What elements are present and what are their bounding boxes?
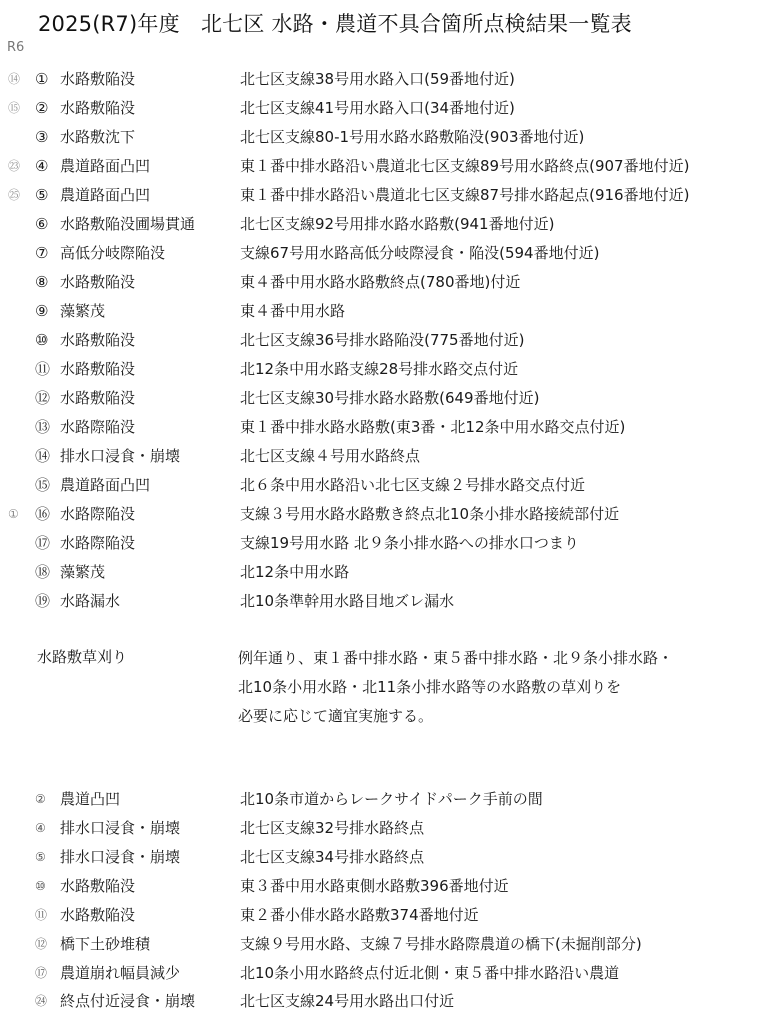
item-name: 水路敷陥没 (60, 66, 135, 92)
list-item: ⑤ 排水口浸食・崩壊 北七区支線34号排水路終点 (0, 844, 763, 870)
item-number: ⑰ (35, 530, 50, 556)
prev-year-label: R6 (7, 40, 24, 55)
item-location: 支線19号用水路 北９条小排水路への排水口つまり (240, 530, 579, 556)
list-item: ⑮ 農道路面凸凹 北６条中用水路沿い北七区支線２号排水路交点付近 (0, 472, 763, 498)
list-item: ⑮ ② 水路敷陥没 北七区支線41号用水路入口(34番地付近) (0, 95, 763, 121)
item-location: 北七区支線30号排水路水路敷(649番地付近) (240, 385, 539, 411)
item-name: 農道崩れ幅員減少 (60, 960, 180, 986)
item-name: 水路漏水 (60, 588, 120, 614)
item-name: 水路敷陥没 (60, 327, 135, 353)
list-item: ⑰ 水路際陥没 支線19号用水路 北９条小排水路への排水口つまり (0, 530, 763, 556)
list-item: ⑫ 水路敷陥没 北七区支線30号排水路水路敷(649番地付近) (0, 385, 763, 411)
document-title: 2025(R7)年度 北七区 水路・農道不具合箇所点検結果一覧表 (38, 8, 632, 38)
list-item: ⑥ 水路敷陥没圃場貫通 北七区支線92号用排水路水路敷(941番地付近) (0, 211, 763, 237)
item-location: 支線９号用水路、支線７号排水路際農道の橋下(未掘削部分) (240, 931, 642, 957)
item-number: ⑰ (35, 960, 47, 986)
list-item: ⑲ 水路漏水 北10条準幹用水路目地ズレ漏水 (0, 588, 763, 614)
item-number: ⑯ (35, 501, 50, 527)
item-name: 排水口浸食・崩壊 (60, 815, 180, 841)
item-name: 藻繁茂 (60, 298, 105, 324)
item-location: 北６条中用水路沿い北七区支線２号排水路交点付近 (240, 472, 585, 498)
item-location: 東４番中用水路 (240, 298, 345, 324)
item-name: 農道凸凹 (60, 786, 120, 812)
prev-year-number: ⑮ (8, 95, 20, 121)
list-item: ④ 排水口浸食・崩壊 北七区支線32号排水路終点 (0, 815, 763, 841)
list-item: ⑬ 水路際陥没 東１番中排水路水路敷(東3番・北12条中用水路交点付近) (0, 414, 763, 440)
list-item: ② 農道凸凹 北10条市道からレークサイドパーク手前の間 (0, 786, 763, 812)
mowing-label: 水路敷草刈り (37, 644, 127, 670)
list-item: ⑫ 橋下土砂堆積 支線９号用水路、支線７号排水路際農道の橋下(未掘削部分) (0, 931, 763, 957)
item-location: 東１番中排水路沿い農道北七区支線89号用水路終点(907番地付近) (240, 153, 689, 179)
item-location: 北七区支線34号排水路終点 (240, 844, 424, 870)
list-item: ⑰ 農道崩れ幅員減少 北10条小用水路終点付近北側・東５番中排水路沿い農道 (0, 960, 763, 986)
item-number: ④ (35, 815, 46, 841)
list-item: ⑪ 水路敷陥没 東２番小俳水路水路敷374番地付近 (0, 902, 763, 928)
item-name: 農道路面凸凹 (60, 153, 150, 179)
item-name: 排水口浸食・崩壊 (60, 844, 180, 870)
item-number: ㉔ (35, 988, 47, 1013)
item-location: 北10条小用水路終点付近北側・東５番中排水路沿い農道 (240, 960, 619, 986)
item-number: ⑱ (35, 559, 50, 585)
prev-year-number: ⑭ (8, 66, 20, 92)
item-name: 農道路面凸凹 (60, 472, 150, 498)
prev-year-number: ㉕ (8, 182, 20, 208)
mowing-line: 北10条小用水路・北11条小排水路等の水路敷の草刈りを (238, 673, 673, 702)
item-location: 北10条市道からレークサイドパーク手前の間 (240, 786, 543, 812)
item-location: 北10条準幹用水路目地ズレ漏水 (240, 588, 454, 614)
mowing-description: 例年通り、東１番中排水路・東５番中排水路・北９条小排水路・ 北10条小用水路・北… (238, 644, 673, 731)
item-number: ⑥ (35, 211, 48, 237)
list-item: ㉕ ⑤ 農道路面凸凹 東１番中排水路沿い農道北七区支線87号排水路起点(916番… (0, 182, 763, 208)
item-number: ⑫ (35, 385, 50, 411)
item-name: 水路敷陥没 (60, 269, 135, 295)
list-item: ⑭ ① 水路敷陥没 北七区支線38号用水路入口(59番地付近) (0, 66, 763, 92)
item-location: 北七区支線38号用水路入口(59番地付近) (240, 66, 515, 92)
item-name: 水路敷陥没 (60, 95, 135, 121)
item-name: 水路敷陥没圃場貫通 (60, 211, 195, 237)
item-number: ⑪ (35, 356, 50, 382)
item-location: 東２番小俳水路水路敷374番地付近 (240, 902, 479, 928)
item-name: 藻繁茂 (60, 559, 105, 585)
item-location: 東３番中用水路東側水路敷396番地付近 (240, 873, 509, 899)
item-number: ② (35, 786, 46, 812)
list-item: ⑭ 排水口浸食・崩壊 北七区支線４号用水路終点 (0, 443, 763, 469)
item-name: 高低分岐際陥没 (60, 240, 165, 266)
item-name: 水路敷陥没 (60, 385, 135, 411)
item-name: 水路際陥没 (60, 414, 135, 440)
item-number: ⑩ (35, 873, 46, 899)
item-number: ⑨ (35, 298, 48, 324)
item-name: 水路敷陥没 (60, 873, 135, 899)
list-item: ⑱ 藻繁茂 北12条中用水路 (0, 559, 763, 585)
mowing-line: 例年通り、東１番中排水路・東５番中排水路・北９条小排水路・ (238, 644, 673, 673)
item-number: ④ (35, 153, 48, 179)
list-item: ③ 水路敷沈下 北七区支線80-1号用水路水路敷陥没(903番地付近) (0, 124, 763, 150)
item-number: ⑲ (35, 588, 50, 614)
item-number: ⑪ (35, 902, 47, 928)
item-number: ① (35, 66, 48, 92)
item-name: 排水口浸食・崩壊 (60, 443, 180, 469)
item-name: 水路敷沈下 (60, 124, 135, 150)
item-name: 終点付近浸食・崩壊 (60, 988, 195, 1013)
item-name: 橋下土砂堆積 (60, 931, 150, 957)
item-location: 支線３号用水路水路敷き終点北10条小排水路接続部付近 (240, 501, 619, 527)
item-location: 支線67号用水路高低分岐際浸食・陥没(594番地付近) (240, 240, 599, 266)
item-location: 北12条中用水路 (240, 559, 349, 585)
item-location: 北七区支線24号用水路出口付近 (240, 988, 454, 1013)
item-location: 北七区支線92号用排水路水路敷(941番地付近) (240, 211, 554, 237)
item-name: 水路際陥没 (60, 501, 135, 527)
item-number: ⑩ (35, 327, 48, 353)
item-number: ⑮ (35, 472, 50, 498)
item-name: 水路敷陥没 (60, 356, 135, 382)
item-number: ③ (35, 124, 48, 150)
item-number: ⑭ (35, 443, 50, 469)
item-location: 東１番中排水路沿い農道北七区支線87号排水路起点(916番地付近) (240, 182, 689, 208)
item-location: 東１番中排水路水路敷(東3番・北12条中用水路交点付近) (240, 414, 625, 440)
prev-year-number: ㉓ (8, 153, 20, 179)
item-number: ⑦ (35, 240, 48, 266)
item-number: ⑤ (35, 844, 46, 870)
list-item: ① ⑯ 水路際陥没 支線３号用水路水路敷き終点北10条小排水路接続部付近 (0, 501, 763, 527)
item-location: 北七区支線32号排水路終点 (240, 815, 424, 841)
item-number: ⑫ (35, 931, 47, 957)
item-number: ⑤ (35, 182, 48, 208)
item-location: 北七区支線４号用水路終点 (240, 443, 420, 469)
item-location: 北12条中用水路支線28号排水路交点付近 (240, 356, 518, 382)
item-location: 北七区支線80-1号用水路水路敷陥没(903番地付近) (240, 124, 584, 150)
list-item: ⑩ 水路敷陥没 東３番中用水路東側水路敷396番地付近 (0, 873, 763, 899)
list-item: ⑪ 水路敷陥没 北12条中用水路支線28号排水路交点付近 (0, 356, 763, 382)
item-number: ② (35, 95, 48, 121)
list-item: ⑩ 水路敷陥没 北七区支線36号排水路陥没(775番地付近) (0, 327, 763, 353)
list-item: ⑨ 藻繁茂 東４番中用水路 (0, 298, 763, 324)
mowing-line: 必要に応じて適宜実施する。 (238, 702, 673, 731)
item-number: ⑧ (35, 269, 48, 295)
list-item: ⑦ 高低分岐際陥没 支線67号用水路高低分岐際浸食・陥没(594番地付近) (0, 240, 763, 266)
list-item: ㉔ 終点付近浸食・崩壊 北七区支線24号用水路出口付近 (0, 988, 763, 1013)
item-name: 農道路面凸凹 (60, 182, 150, 208)
prev-year-number: ① (8, 501, 19, 527)
item-name: 水路敷陥没 (60, 902, 135, 928)
item-location: 北七区支線36号排水路陥没(775番地付近) (240, 327, 524, 353)
item-location: 北七区支線41号用水路入口(34番地付近) (240, 95, 515, 121)
item-name: 水路際陥没 (60, 530, 135, 556)
list-item: ⑧ 水路敷陥没 東４番中用水路水路敷終点(780番地)付近 (0, 269, 763, 295)
item-number: ⑬ (35, 414, 50, 440)
item-location: 東４番中用水路水路敷終点(780番地)付近 (240, 269, 520, 295)
list-item: ㉓ ④ 農道路面凸凹 東１番中排水路沿い農道北七区支線89号用水路終点(907番… (0, 153, 763, 179)
